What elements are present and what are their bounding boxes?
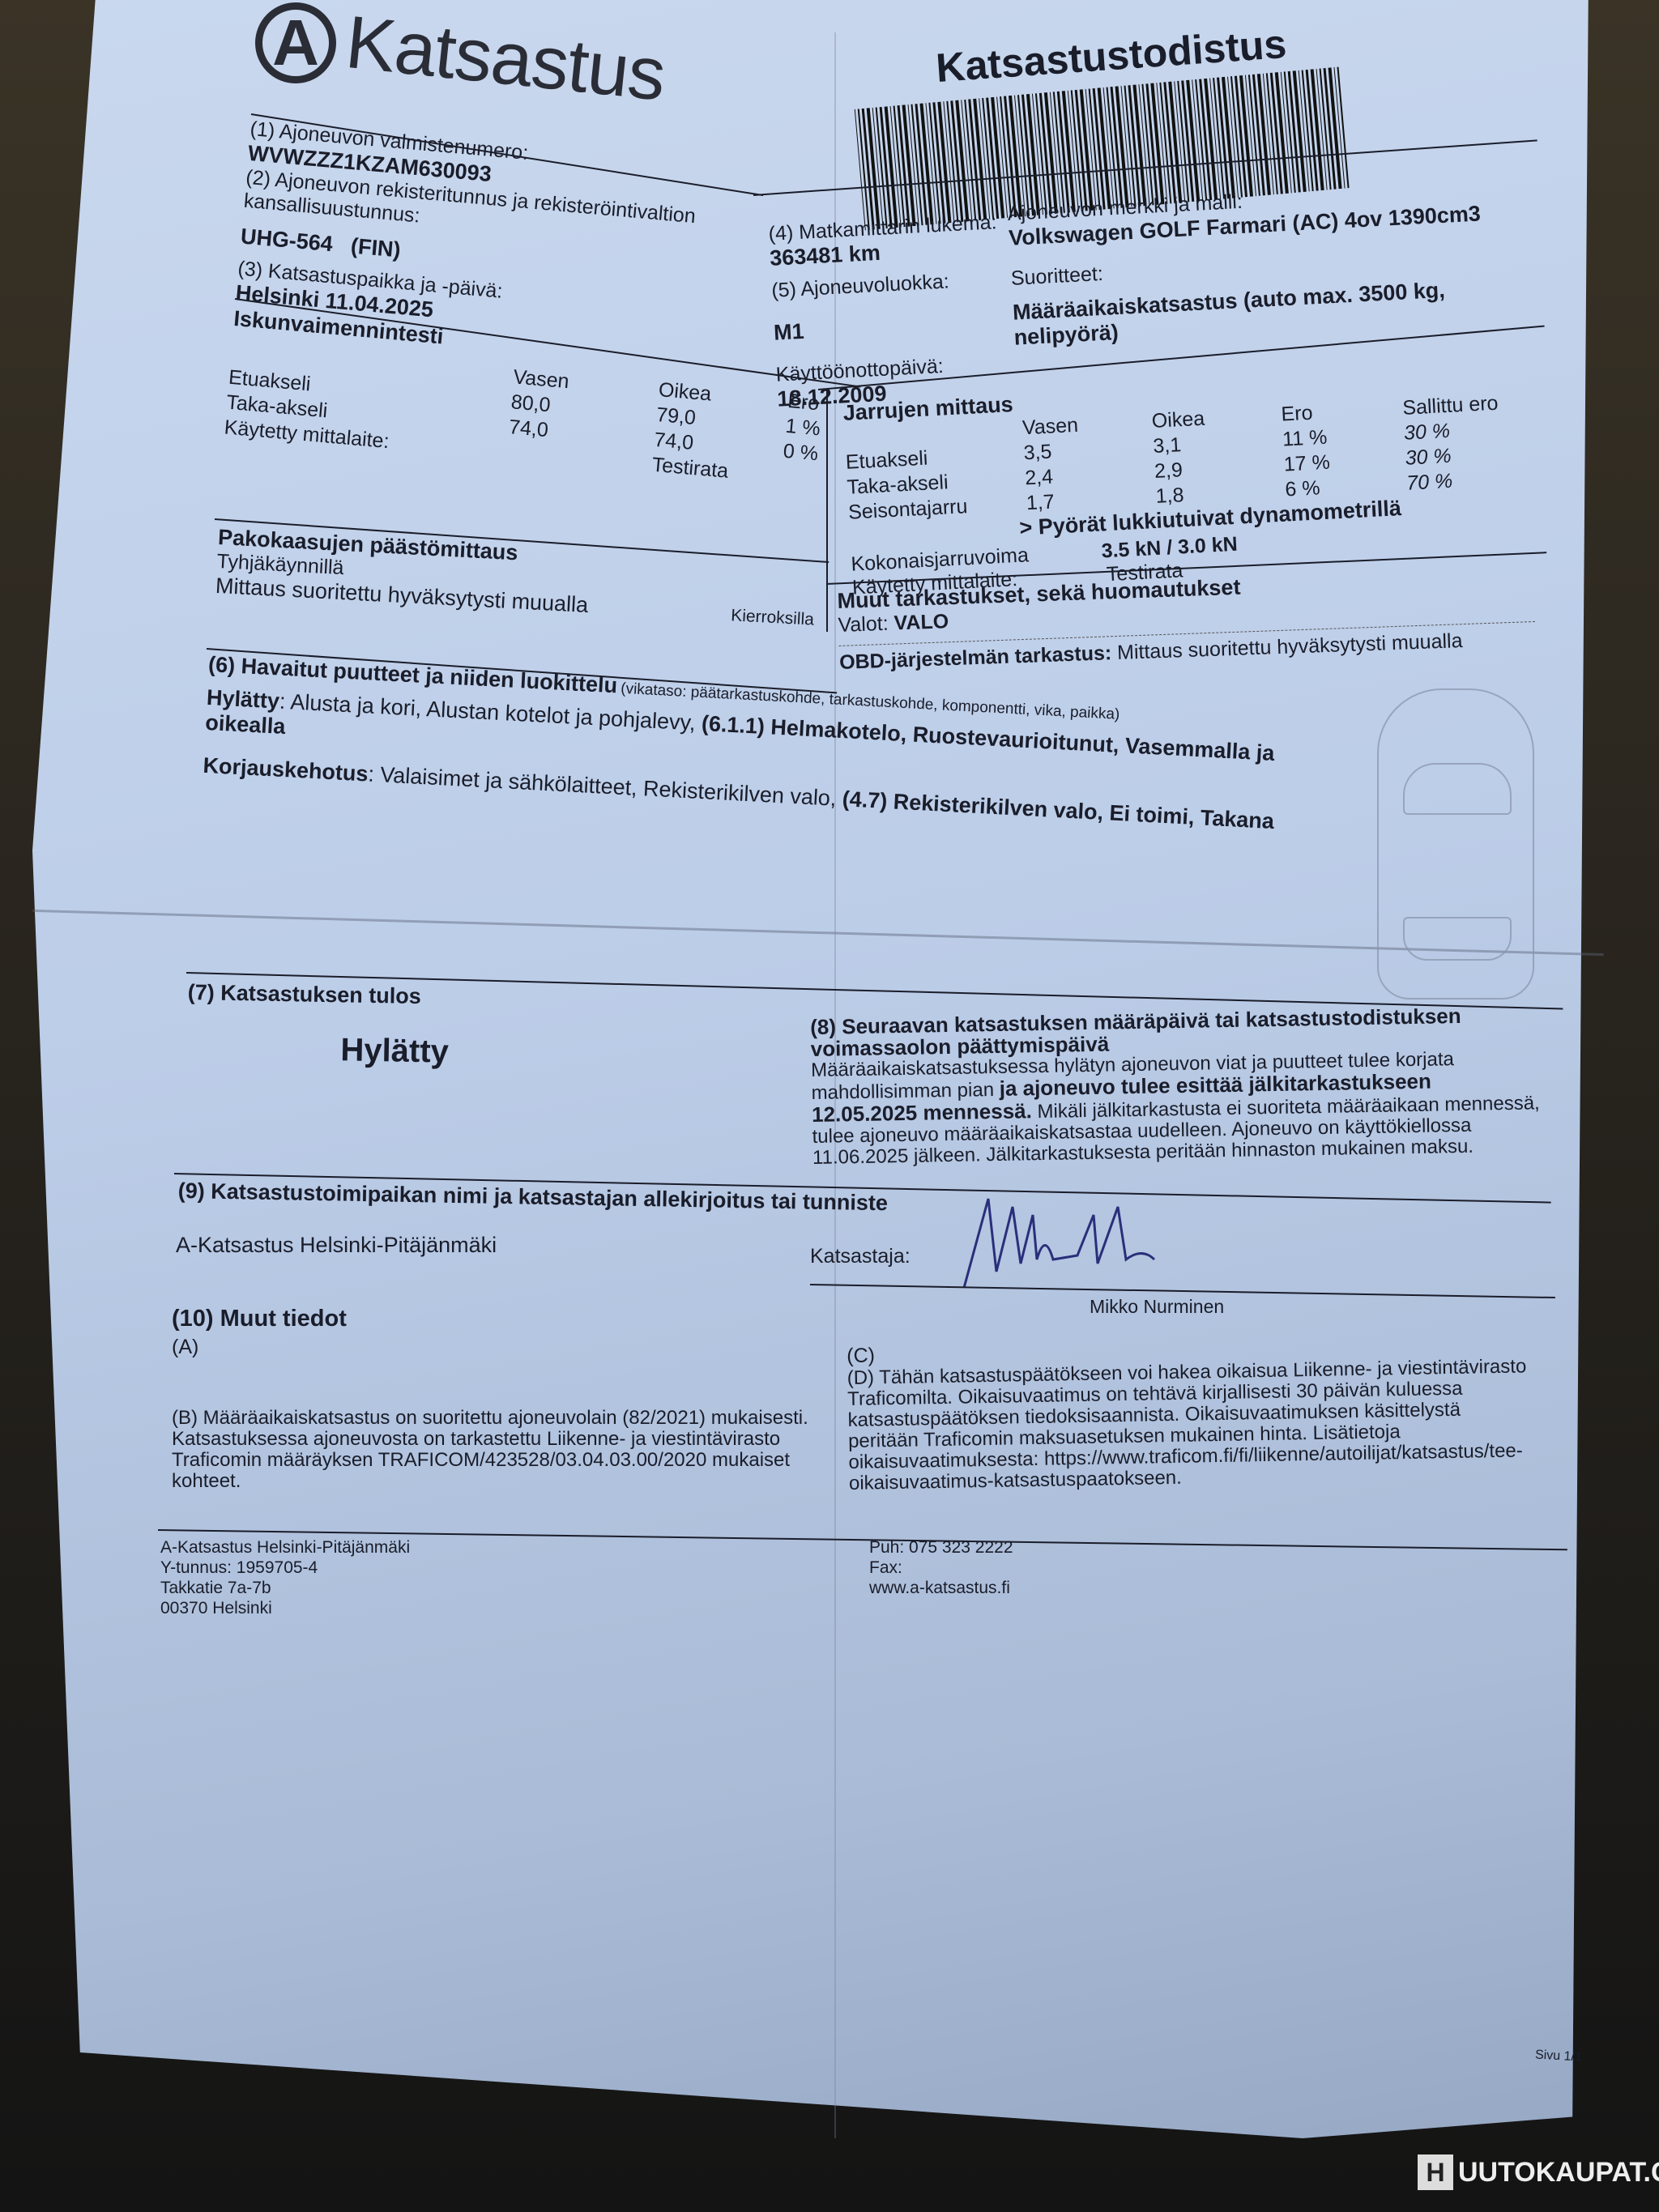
other-info-right: (C) (D) Tähän katsastuspäätökseen voi ha… bbox=[847, 1332, 1529, 1494]
vehicle-identification: (1) Ajoneuvon valmistenumero: WVWZZZ1KZA… bbox=[235, 117, 701, 345]
lights-value: VALO bbox=[893, 610, 949, 634]
station-name: A-Katsastus Helsinki-Pitäjänmäki bbox=[176, 1233, 497, 1258]
footer-website[interactable]: www.a-katsastus.fi bbox=[869, 1578, 1013, 1598]
footer-phone: Puh: 075 323 2222 bbox=[869, 1537, 1013, 1558]
footer-fax: Fax: bbox=[869, 1558, 1013, 1578]
allowed-difference: 30 % bbox=[1403, 416, 1517, 445]
car-diagram-icon bbox=[1377, 688, 1534, 999]
column-header: Ero bbox=[1281, 398, 1387, 427]
footer-contact: Puh: 075 323 2222 Fax: www.a-katsastus.f… bbox=[869, 1537, 1013, 1598]
difference-value: 11 % bbox=[1282, 423, 1388, 452]
footer-postal: 00370 Helsinki bbox=[160, 1598, 410, 1618]
other-info-d: (D) Tähän katsastuspäätökseen voi hakea … bbox=[847, 1356, 1530, 1494]
other-info-left: (10) Muut tiedot (A) (B) Määräaikaiskats… bbox=[172, 1306, 820, 1492]
other-info-title: (10) Muut tiedot bbox=[172, 1306, 820, 1332]
watermark-logo-icon: H bbox=[1418, 2154, 1453, 2190]
inspector-signature bbox=[956, 1183, 1215, 1296]
allowed-difference: 30 % bbox=[1405, 441, 1519, 470]
result-title: (7) Katsastuksen tulos bbox=[187, 980, 450, 1010]
brake-test: Jarrujen mittaus VasenOikeaEroSallittu e… bbox=[842, 366, 1525, 600]
left-value: 3,5 bbox=[1023, 436, 1137, 465]
inspection-result: (7) Katsastuksen tulos Hylätty bbox=[186, 980, 450, 1071]
difference-value: 17 % bbox=[1283, 448, 1389, 477]
column-header: Vasen bbox=[1021, 411, 1136, 440]
defect-level: Hylätty bbox=[206, 685, 279, 714]
other-info-a: (A) bbox=[172, 1336, 820, 1359]
page-number: Sivu 1/1 bbox=[1535, 2048, 1583, 2065]
vehicle-class-value: M1 bbox=[773, 309, 1002, 346]
column-header: Oikea bbox=[1151, 404, 1265, 433]
result-value: Hylätty bbox=[340, 1032, 449, 1070]
a-katsastus-logo: A Katsastus bbox=[255, 0, 671, 85]
huutokaupat-watermark: H UUTOKAUPAT.COM bbox=[1418, 2154, 1659, 2190]
column-header: Sallittu ero bbox=[1402, 391, 1516, 420]
footer-company: A-Katsastus Helsinki-Pitäjänmäki bbox=[160, 1537, 410, 1558]
footer-business-id: Y-tunnus: 1959705-4 bbox=[160, 1558, 410, 1578]
inspector-label: Katsastaja: bbox=[810, 1245, 911, 1268]
inspector-name: Mikko Nurminen bbox=[1090, 1296, 1224, 1318]
logo-a-icon: A bbox=[255, 2, 336, 83]
right-value: 3,1 bbox=[1153, 429, 1267, 458]
next-inspection: (8) Seuraavan katsastuksen määräpäivä ta… bbox=[810, 1004, 1542, 1169]
other-info-b: (B) Määräaikaiskatsastus on suoritettu a… bbox=[172, 1408, 820, 1492]
lights-label: Valot: bbox=[838, 612, 889, 637]
vehicle-class-label: (5) Ajoneuvoluokka: bbox=[771, 267, 1000, 303]
left-value: 2,4 bbox=[1025, 461, 1139, 490]
vehicle-make-model: Ajoneuvon merkki ja malli: Volkswagen GO… bbox=[1007, 177, 1516, 351]
right-value: 2,9 bbox=[1154, 454, 1268, 484]
footer-address: A-Katsastus Helsinki-Pitäjänmäki Y-tunnu… bbox=[160, 1537, 410, 1618]
footer-street: Takkatie 7a-7b bbox=[160, 1578, 410, 1598]
watermark-text: UUTOKAUPAT.COM bbox=[1458, 2157, 1659, 2189]
